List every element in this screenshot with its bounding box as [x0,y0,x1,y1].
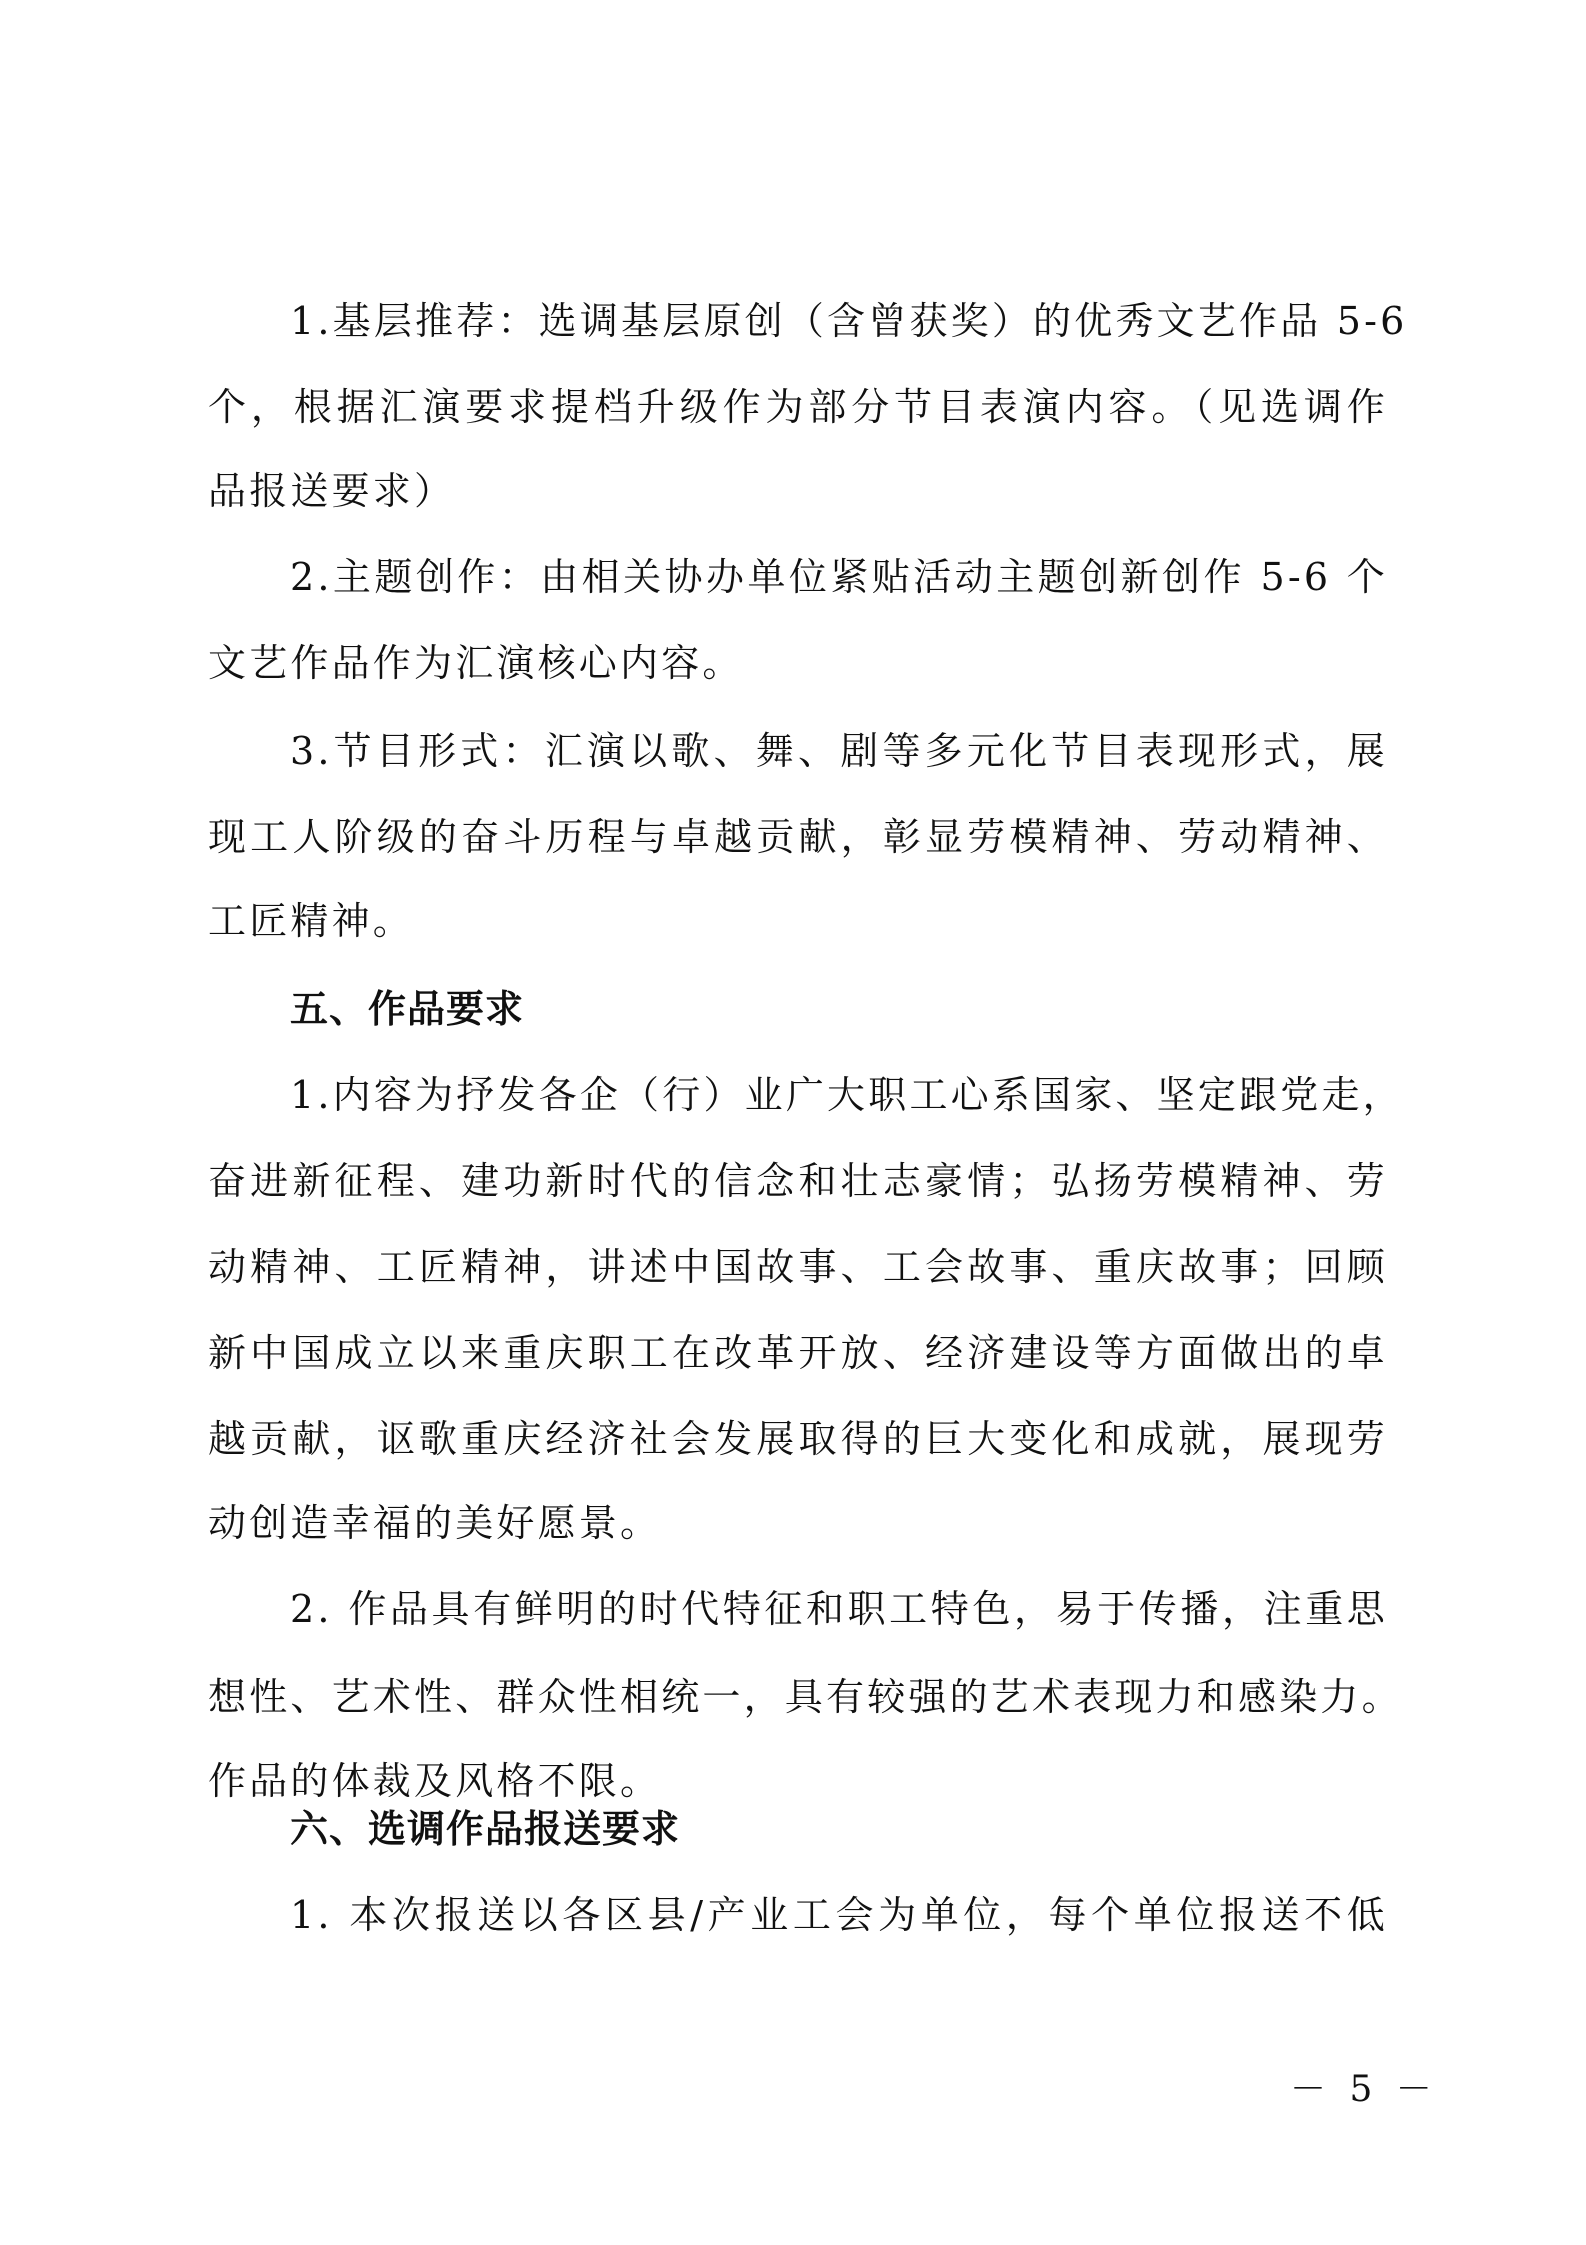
paragraph-line: 奋进新征程、建功新时代的信念和壮志豪情；弘扬劳模精神、劳 [208,1158,1388,1204]
document-page: 1.基层推荐：选调基层原创（含曾获奖）的优秀文艺作品 5-6 个，根据汇演要求提… [0,0,1586,2245]
paragraph-line: 文艺作品作为汇演核心内容。 [208,640,1388,686]
paragraph-line: 1. 本次报送以各区县/产业工会为单位，每个单位报送不低 [290,1892,1388,1938]
paragraph-line: 2.主题创作：由相关协办单位紧贴活动主题创新创作 5-6 个 [290,554,1388,600]
paragraph-line: 1.内容为抒发各企（行）业广大职工心系国家、坚定跟党走， [290,1072,1388,1118]
paragraph-line: 1.基层推荐：选调基层原创（含曾获奖）的优秀文艺作品 5-6 [290,298,1388,344]
paragraph-line: 2. 作品具有鲜明的时代特征和职工特色，易于传播，注重思 [290,1586,1388,1632]
section-heading: 六、选调作品报送要求 [290,1806,680,1852]
paragraph-line: 越贡献，讴歌重庆经济社会发展取得的巨大变化和成就，展现劳 [208,1416,1388,1462]
paragraph-line: 现工人阶级的奋斗历程与卓越贡献，彰显劳模精神、劳动精神、 [208,814,1388,860]
paragraph-line: 工匠精神。 [208,898,1388,944]
paragraph-line: 动创造幸福的美好愿景。 [208,1500,1388,1546]
paragraph-line: 动精神、工匠精神，讲述中国故事、工会故事、重庆故事；回顾 [208,1244,1388,1290]
paragraph-line: 想性、艺术性、群众性相统一，具有较强的艺术表现力和感染力。 [208,1674,1388,1720]
paragraph-line: 个，根据汇演要求提档升级作为部分节目表演内容。（见选调作 [208,384,1388,430]
page-number: － 5 － [1290,2070,1438,2110]
paragraph-line: 作品的体裁及风格不限。 [208,1758,1388,1804]
paragraph-line: 新中国成立以来重庆职工在改革开放、经济建设等方面做出的卓 [208,1330,1388,1376]
paragraph-line: 3.节目形式：汇演以歌、舞、剧等多元化节目表现形式，展 [290,728,1388,774]
paragraph-line: 品报送要求） [208,468,1388,514]
section-heading: 五、作品要求 [290,986,524,1032]
